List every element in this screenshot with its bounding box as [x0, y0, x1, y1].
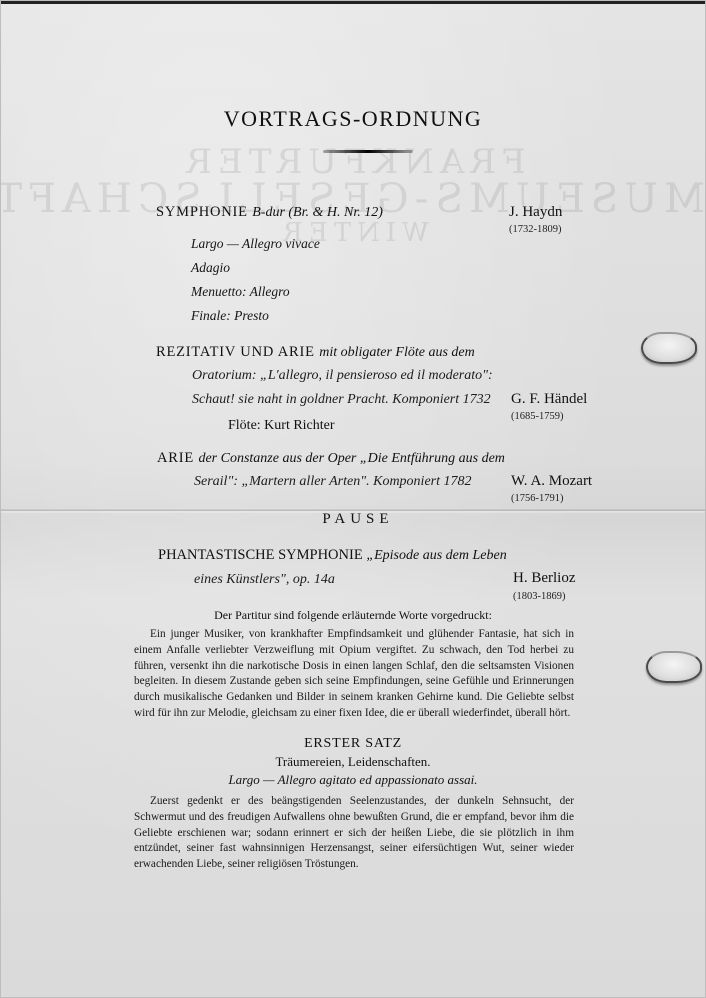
work-detail: eines Künstlers", op. 14a — [194, 572, 335, 588]
composer-name: G. F. Händel — [511, 391, 587, 408]
work-heading-handel: REZITATIV UND ARIE mit obligater Flöte a… — [156, 344, 475, 361]
performer: Flöte: Kurt Richter — [228, 418, 335, 434]
punch-hole-icon — [641, 332, 697, 364]
work-detail: Schaut! sie naht in goldner Pracht. Komp… — [192, 392, 491, 408]
program-page: FRANKFURTER MUSEUMS-GESELLSCHAFT WINTER … — [1, 1, 705, 997]
title-divider — [323, 150, 413, 153]
work-heading-mozart: ARIE der Constanze aus der Oper „Die Ent… — [157, 450, 505, 467]
movement: Largo — Allegro vivace — [191, 236, 320, 252]
composer-dates: (1732-1809) — [509, 224, 562, 235]
work-title: SYMPHONIE — [156, 204, 248, 220]
work-detail: Oratorium: „L'allegro, il pensieroso ed … — [192, 368, 493, 384]
bleed-through-text: WINTER — [1, 218, 705, 248]
page-title: VORTRAGS-ORDNUNG — [1, 106, 705, 132]
work-heading-haydn: SYMPHONIE B-dur (Br. & H. Nr. 12) — [156, 204, 383, 221]
movement: Menuetto: Allegro — [191, 284, 290, 300]
punch-hole-icon — [646, 651, 702, 683]
composer-name: H. Berlioz — [513, 570, 575, 587]
work-detail: der Constanze aus der Oper „Die Entführu… — [198, 451, 504, 466]
composer-name: W. A. Mozart — [511, 473, 592, 490]
movement-tempo: Largo — Allegro agitato ed appassionato … — [1, 772, 705, 788]
program-note-paragraph: Ein junger Musiker, von krankhafter Empf… — [134, 627, 574, 722]
composer-dates: (1756-1791) — [511, 493, 564, 504]
score-note-intro: Der Partitur sind folgende erläuternde W… — [1, 608, 705, 623]
movement-description: Zuerst gedenkt er des beängstigenden See… — [134, 794, 574, 873]
movement-subtitle: Träumereien, Leidenschaften. — [1, 754, 705, 770]
movement: Finale: Presto — [191, 308, 269, 324]
work-title: REZITATIV UND ARIE — [156, 344, 315, 360]
composer-dates: (1685-1759) — [511, 411, 564, 422]
work-detail: Serail": „Martern aller Arten". Komponie… — [194, 474, 472, 490]
work-detail: „Episode aus dem Leben — [366, 548, 506, 563]
work-heading-berlioz: PHANTASTISCHE SYMPHONIE „Episode aus dem… — [158, 547, 507, 564]
work-detail: B-dur (Br. & H. Nr. 12) — [252, 205, 383, 220]
composer-dates: (1803-1869) — [513, 591, 566, 602]
work-title: PHANTASTISCHE SYMPHONIE — [158, 547, 363, 563]
work-title: ARIE — [157, 450, 194, 466]
movement-heading: ERSTER SATZ — [1, 736, 705, 752]
work-detail: mit obligater Flöte aus dem — [319, 345, 475, 360]
bleed-through-text: FRANKFURTER — [1, 142, 705, 182]
movement: Adagio — [191, 260, 230, 276]
intermission-label: PAUSE — [1, 511, 705, 528]
composer-name: J. Haydn — [509, 204, 562, 221]
